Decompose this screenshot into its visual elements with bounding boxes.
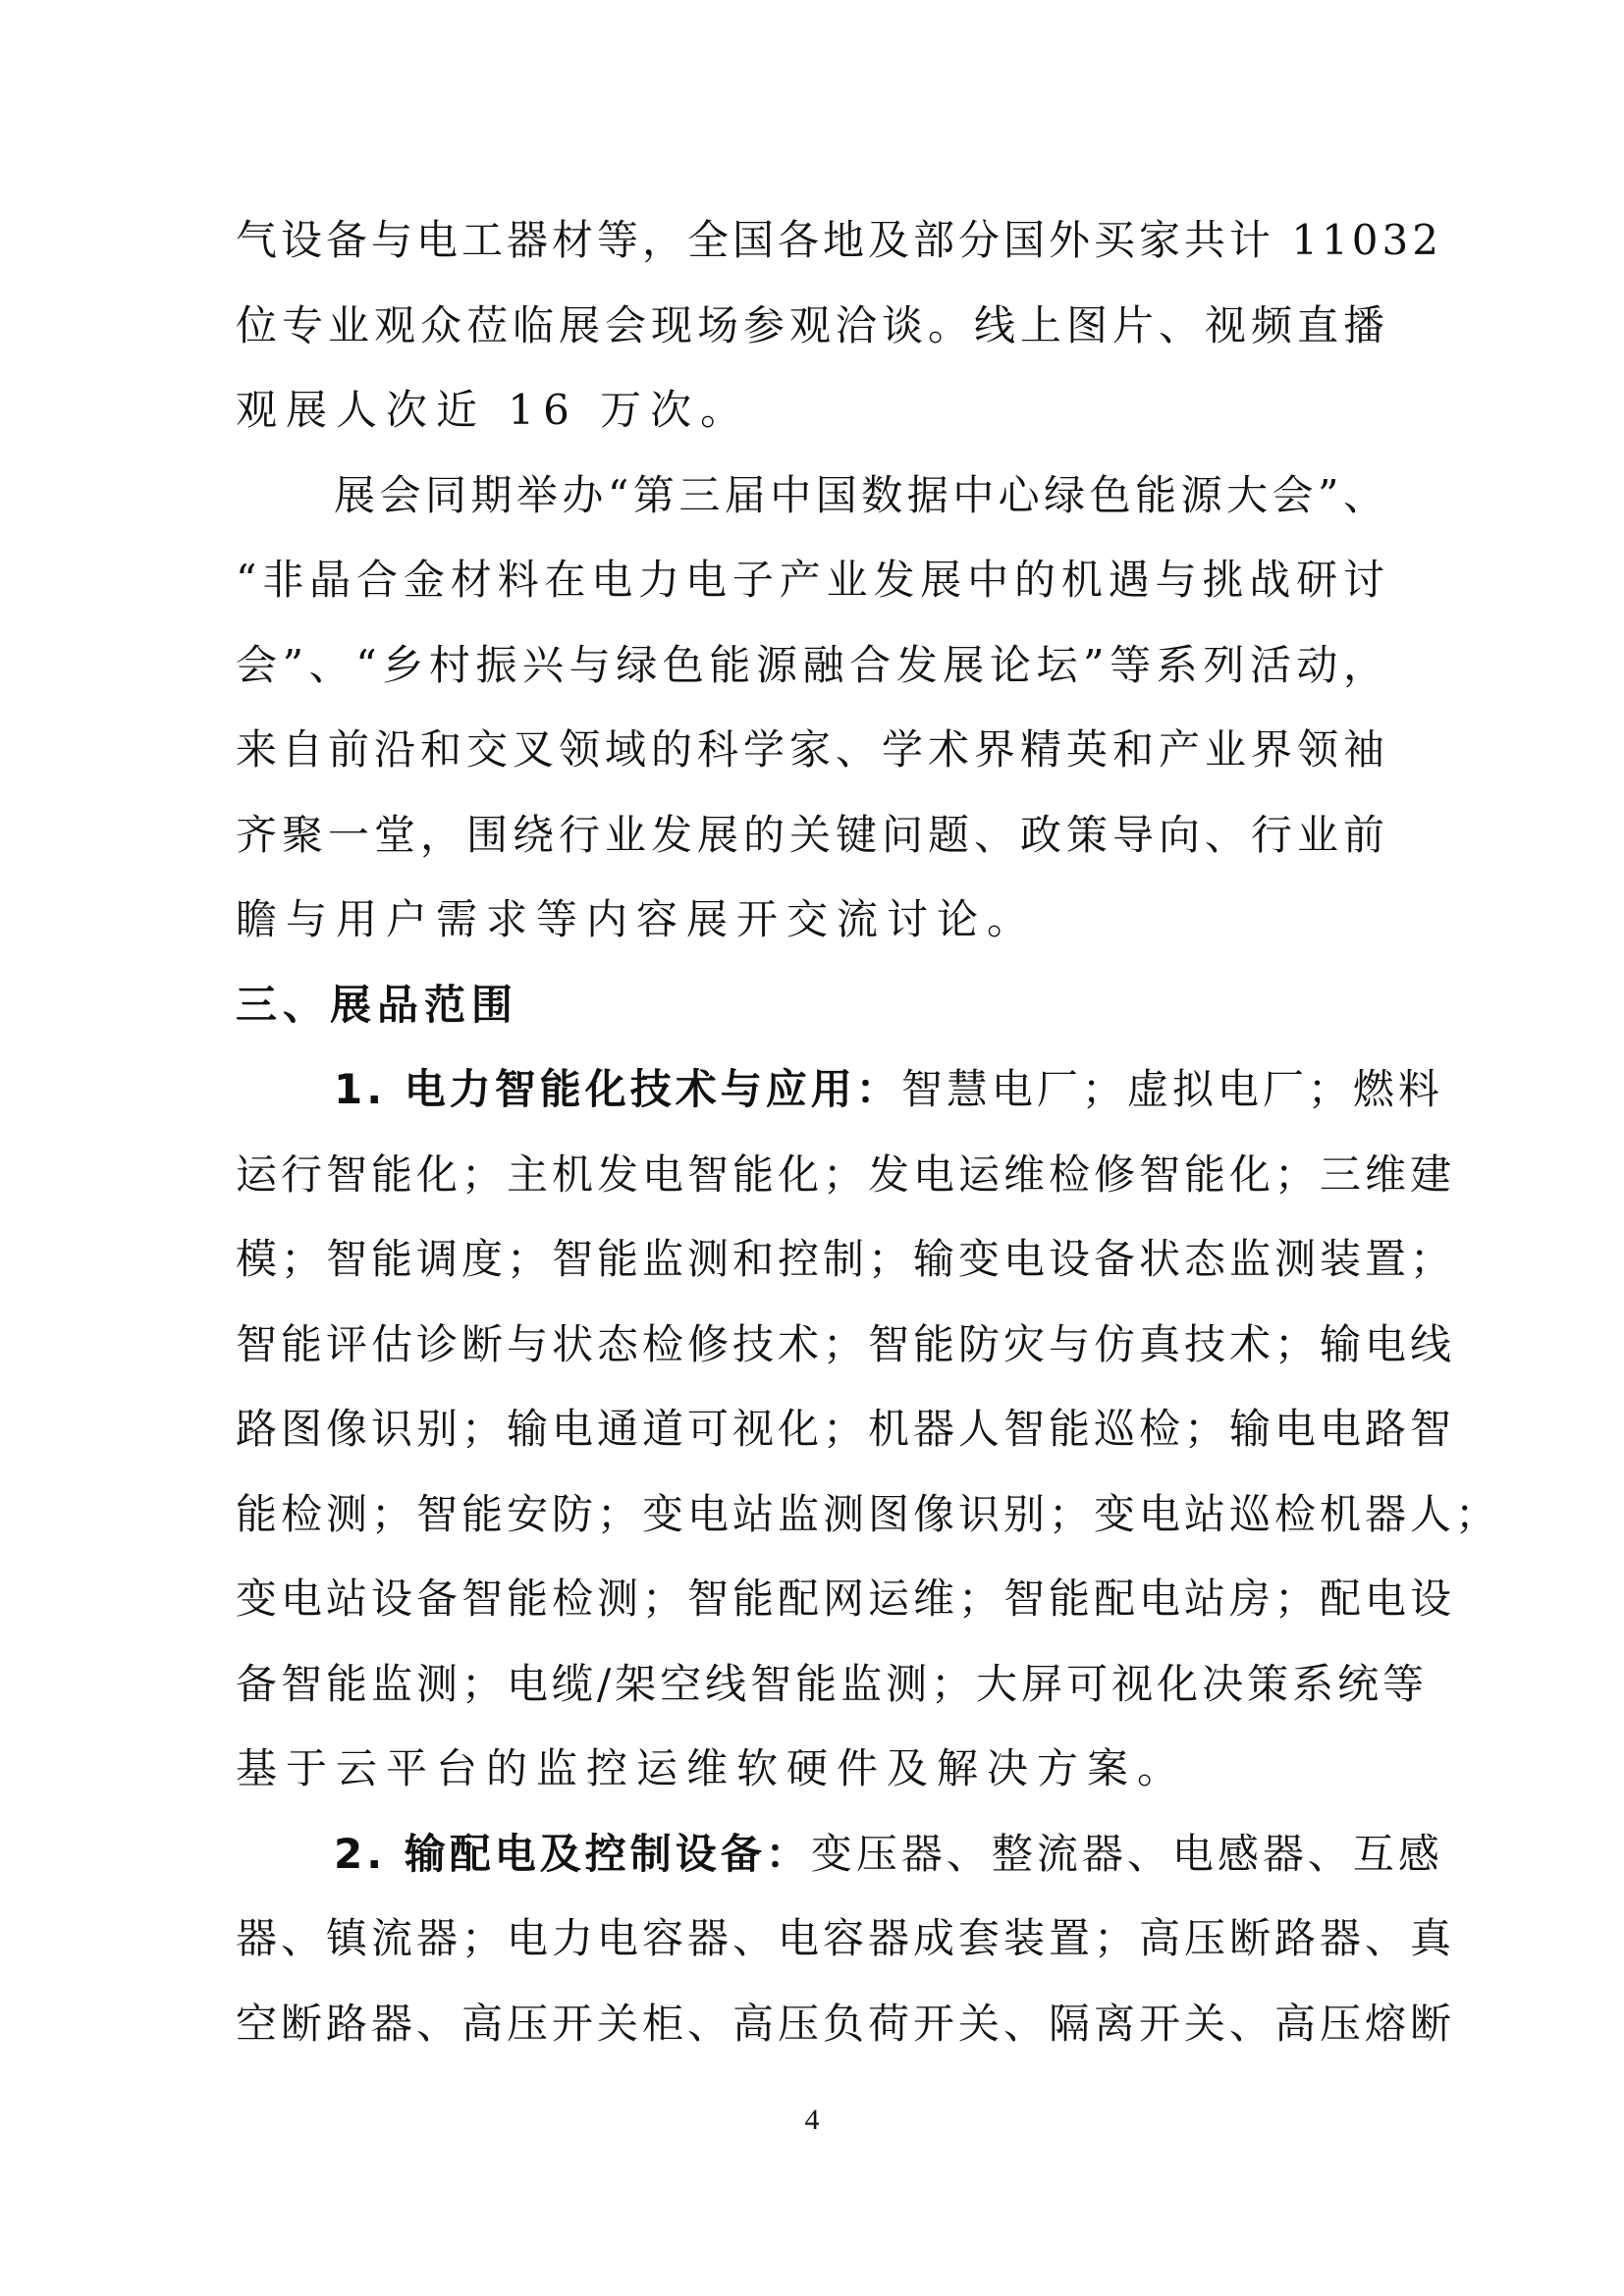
list-item-first-line: 2. 输配电及控制设备：变压器、整流器、电感器、互感 — [236, 1812, 1388, 1897]
document-page: 气设备与电工器材等，全国各地及部分国外买家共计 11032 位专业观众莅临展会现… — [0, 0, 1624, 2296]
body-text: 气设备与电工器材等，全国各地及部分国外买家共计 11032 位专业观众莅临展会现… — [236, 198, 1388, 2066]
list-item-line: 基于云平台的监控运维软硬件及解决方案。 — [236, 1727, 1388, 1812]
list-item-line: 能检测；智能安防；变电站监测图像识别；变电站巡检机器人； — [236, 1472, 1388, 1558]
paragraph-line: 瞻与用户需求等内容展开交流讨论。 — [236, 878, 1388, 963]
list-item-line: 路图像识别；输电通道可视化；机器人智能巡检；输电电路智 — [236, 1387, 1388, 1472]
paragraph-line: 气设备与电工器材等，全国各地及部分国外买家共计 11032 — [236, 198, 1388, 284]
list-item-line: 变电站设备智能检测；智能配网运维；智能配电站房；配电设 — [236, 1557, 1388, 1642]
list-item-first-line: 1. 电力智能化技术与应用：智慧电厂；虚拟电厂；燃料 — [236, 1047, 1388, 1133]
list-item-line: 空断路器、高压开关柜、高压负荷开关、隔离开关、高压熔断 — [236, 1982, 1388, 2067]
paragraph-line: 观展人次近 16 万次。 — [236, 368, 1388, 454]
list-item-text: 智慧电厂；虚拟电厂；燃料 — [901, 1065, 1443, 1113]
paragraph-line: 会”、“乡村振兴与绿色能源融合发展论坛”等系列活动， — [236, 623, 1388, 709]
list-item-line: 智能评估诊断与状态检修技术；智能防灾与仿真技术；输电线 — [236, 1303, 1388, 1388]
paragraph-line: 齐聚一堂，围绕行业发展的关键问题、政策导向、行业前 — [236, 793, 1388, 879]
list-item-text: 变压器、整流器、电感器、互感 — [811, 1830, 1443, 1878]
list-item-line: 备智能监测；电缆/架空线智能监测；大屏可视化决策系统等 — [236, 1642, 1388, 1728]
paragraph-line: 展会同期举办“第三届中国数据中心绿色能源大会”、 — [236, 454, 1388, 539]
section-heading: 三、展品范围 — [236, 963, 1388, 1048]
list-item-title: 2. 输配电及控制设备： — [334, 1830, 811, 1878]
list-item-line: 模；智能调度；智能监测和控制；输变电设备状态监测装置； — [236, 1217, 1388, 1303]
list-item-line: 器、镇流器；电力电容器、电容器成套装置；高压断路器、真 — [236, 1896, 1388, 1982]
list-item-title: 1. 电力智能化技术与应用： — [334, 1065, 901, 1113]
page-number: 4 — [0, 2101, 1624, 2140]
paragraph-line: 来自前沿和交叉领域的科学家、学术界精英和产业界领袖 — [236, 708, 1388, 793]
list-item-line: 运行智能化；主机发电智能化；发电运维检修智能化；三维建 — [236, 1133, 1388, 1218]
paragraph-line: 位专业观众莅临展会现场参观洽谈。线上图片、视频直播 — [236, 284, 1388, 369]
paragraph-line: “非晶合金材料在电力电子产业发展中的机遇与挑战研讨 — [236, 538, 1388, 623]
